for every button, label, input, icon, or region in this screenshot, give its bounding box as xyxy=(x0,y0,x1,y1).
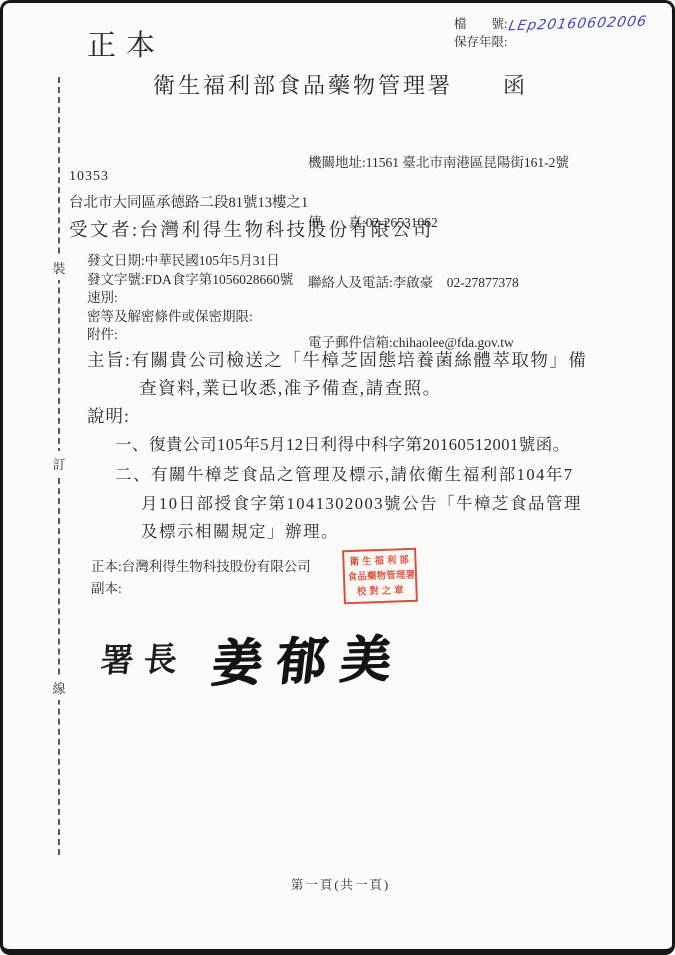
file-no-handwritten-value: LEp20160602006 xyxy=(507,13,649,36)
recipient-name-line: 受文者:台灣利得生物科技股份有限公司 xyxy=(69,216,434,242)
subject-line-2: 查資料,業已收悉,准予備查,請查照。 xyxy=(139,375,442,400)
explanation-item-1: 一、復貴公司105年5月12日利得中科字第20160512001號函。 xyxy=(115,431,570,455)
security-class: 密等及解密條件或保密期限: xyxy=(87,308,293,327)
document-page: 正本 檔 號: LEp20160602006 保存年限: 衛生福利部食品藥物管理… xyxy=(0,0,675,955)
signature-title: 署長 xyxy=(99,633,189,681)
speed-class: 速別: xyxy=(87,289,293,308)
stamp-line-3: 校 對 之 章 xyxy=(348,583,413,600)
distribution-copy: 副本: xyxy=(91,577,122,597)
issue-date: 發文日期:中華民國105年5月31日 xyxy=(87,252,293,271)
file-no-label: 檔 號: xyxy=(454,15,507,33)
explanation-heading: 說明: xyxy=(87,403,130,428)
retention-label: 保存年限: xyxy=(454,33,507,51)
agency-address: 機關地址:11561 臺北市南港區昆陽街161-2號 xyxy=(308,153,569,173)
signature-name: 姜郁美 xyxy=(209,618,410,695)
page-number-footer: 第一頁(共一頁) xyxy=(3,875,675,893)
verification-stamp: 衛 生 福 利 部 食品藥物管理署 校 對 之 章 xyxy=(342,548,418,605)
binding-char-ding: 訂 xyxy=(49,451,69,476)
subject-line-1: 主旨:有關貴公司檢送之「牛樟芝固態培養菌絲體萃取物」備 xyxy=(87,347,587,372)
explanation-item-2-line-3: 及標示相關規定」辦理。 xyxy=(141,518,339,542)
explanation-item-2-line-2: 月10日部授食字第1041302003號公告「牛樟芝食品管理 xyxy=(141,490,582,514)
attachment-label: 附件: xyxy=(87,326,293,345)
issue-number: 發文字號:FDA食字第1056028660號 xyxy=(87,271,293,290)
recipient-zip: 10353 xyxy=(69,169,109,185)
document-title: 衛生福利部食品藥物管理署 函 xyxy=(3,69,675,100)
recipient-address: 台北市大同區承德路二段81號13樓之1 xyxy=(69,191,308,212)
distribution-original: 正本:台灣利得生物科技股份有限公司 xyxy=(91,555,311,575)
explanation-item-2-line-1: 二、有關牛樟芝食品之管理及標示,請依衛生福利部104年7 xyxy=(115,461,574,485)
file-number-block: 檔 號: LEp20160602006 保存年限: xyxy=(454,15,654,51)
binding-char-zhuang: 裝 xyxy=(49,255,69,280)
binding-char-xian: 線 xyxy=(49,675,69,700)
signature-block: 署長 姜郁美 xyxy=(101,621,405,693)
copy-type-label: 正本 xyxy=(87,23,165,64)
document-meta-block: 發文日期:中華民國105年5月31日 發文字號:FDA食字第1056028660… xyxy=(87,252,293,345)
agency-contact-person: 聯絡人及電話:李啟豪 02-27877378 xyxy=(308,273,569,293)
